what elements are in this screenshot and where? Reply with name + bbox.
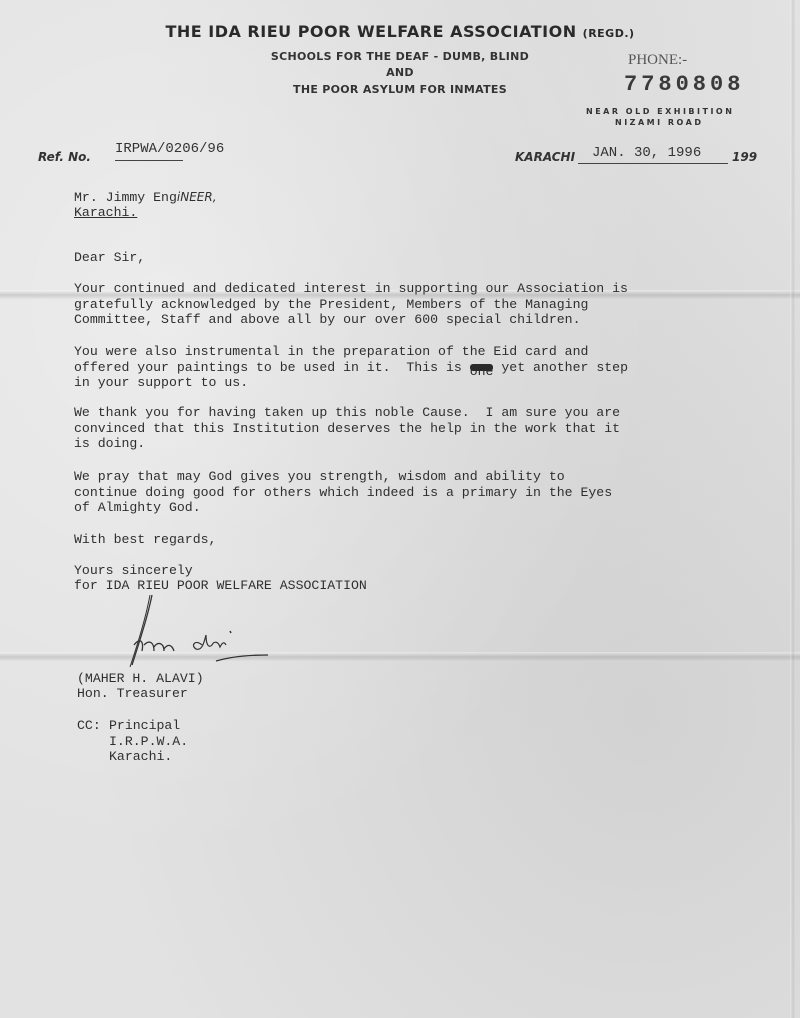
struck-out-word: one <box>470 364 494 371</box>
cc-recipients: PrincipalI.R.P.W.A.Karachi. <box>109 718 188 765</box>
cc-line: Principal <box>109 718 188 734</box>
phone-number: 7780808 <box>624 72 744 97</box>
paragraph-1: Your continued and dedicated interest in… <box>74 281 628 328</box>
cc-line: Karachi. <box>109 749 188 765</box>
text-line: gratefully acknowledged by the President… <box>74 297 628 313</box>
organization-title: THE IDA RIEU POOR WELFARE ASSOCIATION (R… <box>0 22 800 41</box>
paper-fold <box>790 0 796 1018</box>
reference-number: IRPWA/0206/96 <box>115 141 183 161</box>
registered-mark: (REGD.) <box>583 27 635 40</box>
paragraph-4: We pray that may God gives you strength,… <box>74 469 612 516</box>
text-line: We thank you for having taken up this no… <box>74 405 620 421</box>
address-line: NEAR OLD EXHIBITION <box>586 107 734 116</box>
closing-regards: With best regards, <box>74 532 216 548</box>
text-line: Your continued and dedicated interest in… <box>74 281 628 297</box>
signature <box>120 585 280 675</box>
cc-label: CC: <box>77 718 101 734</box>
letter-date: JAN. 30, 1996 <box>578 145 728 164</box>
text-line: offered your paintings to be used in it.… <box>74 360 628 376</box>
recipient-name-typed: Mr. Jimmy Eng <box>74 190 177 205</box>
signatory-title: Hon. Treasurer <box>77 686 188 702</box>
organization-name: THE IDA RIEU POOR WELFARE ASSOCIATION <box>165 22 576 41</box>
text-line: convinced that this Institution deserves… <box>74 421 620 437</box>
paragraph-3: We thank you for having taken up this no… <box>74 405 620 452</box>
text-line: is doing. <box>74 436 620 452</box>
text-line: Committee, Staff and above all by our ov… <box>74 312 628 328</box>
text-line: in your support to us. <box>74 375 628 391</box>
recipient-city: Karachi. <box>74 205 137 221</box>
text-line: of Almighty God. <box>74 500 612 516</box>
signatory-name: (MAHER H. ALAVI) <box>77 671 204 687</box>
text-line: continue doing good for others which ind… <box>74 485 612 501</box>
recipient-name: Mr. Jimmy EngiNEER, <box>74 190 217 206</box>
closing-sincerely: Yours sincerely <box>74 563 193 579</box>
recipient-name-handwritten: iNEER, <box>177 190 217 204</box>
reference-label: Ref. No. <box>38 150 91 164</box>
cc-line: I.R.P.W.A. <box>109 734 188 750</box>
phone-label: PHONE:- <box>628 52 687 69</box>
preprinted-year: 199 <box>732 150 757 164</box>
text-line: We pray that may God gives you strength,… <box>74 469 612 485</box>
text-segment: offered your paintings to be used in it.… <box>74 360 470 375</box>
text-line: You were also instrumental in the prepar… <box>74 344 628 360</box>
paragraph-2: You were also instrumental in the prepar… <box>74 344 628 391</box>
city-label: KARACHI <box>515 150 575 164</box>
text-segment: yet another step <box>493 360 628 375</box>
salutation: Dear Sir, <box>74 250 145 266</box>
address-line: NIZAMI ROAD <box>615 118 703 127</box>
